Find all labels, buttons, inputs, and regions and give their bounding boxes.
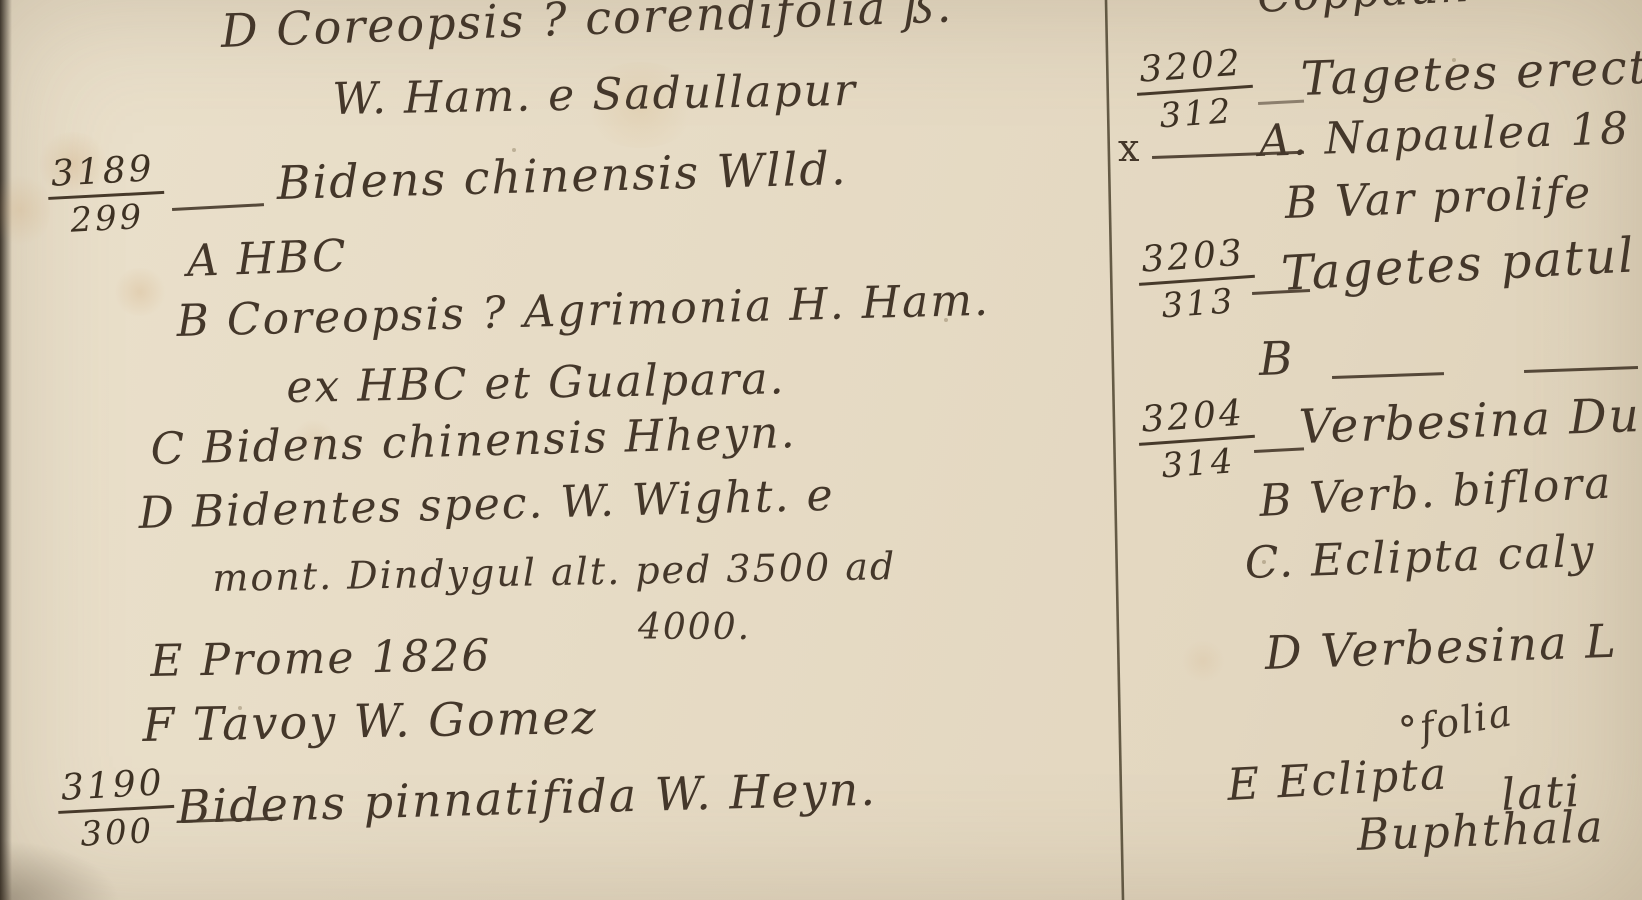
entry-number-bottom: 313 bbox=[1139, 278, 1257, 328]
entry-3203-item-b: B bbox=[1258, 333, 1296, 385]
entry-3189-item-d3: 4000. bbox=[638, 608, 751, 648]
entry-3204-name: Verbesina Du bbox=[1298, 390, 1642, 454]
entry-3202-item-b: B Var prolife bbox=[1284, 169, 1593, 228]
entry-3189-item-b2: ex HBC et Gualpara. bbox=[286, 355, 786, 412]
left-header-line2: W. Ham. e Sadullapur bbox=[332, 67, 857, 125]
entry-number-3203: 3203 313 bbox=[1136, 232, 1257, 328]
entry-number-top: 3190 bbox=[56, 762, 174, 814]
entry-number-bottom: 312 bbox=[1137, 88, 1255, 138]
entry-number-top: 3202 bbox=[1134, 42, 1253, 96]
entry-3189-item-f: F Tavoy W. Gomez bbox=[142, 692, 598, 751]
entry-3202-marker: x bbox=[1118, 128, 1141, 170]
entry-number-3202: 3202 312 bbox=[1134, 42, 1255, 138]
entry-3204-item-f: Buphthala bbox=[1356, 803, 1605, 860]
entry-3204-item-d: D Verbesina L bbox=[1264, 616, 1618, 679]
manuscript-page: D Coreopsis ? corendifolia ß. W. Ham. e … bbox=[0, 0, 1642, 900]
entry-3189-item-a: A HBC bbox=[186, 232, 349, 286]
entry-number-3189: 3189 299 bbox=[46, 148, 166, 242]
entry-number-top: 3203 bbox=[1136, 232, 1255, 286]
entry-number-top: 3189 bbox=[46, 148, 164, 200]
entry-number-bottom: 314 bbox=[1139, 438, 1257, 488]
entry-3202-name: Tagetes erect bbox=[1300, 42, 1642, 106]
entry-3189-item-e: E Prome 1826 bbox=[150, 632, 492, 686]
entry-number-bottom: 299 bbox=[48, 194, 166, 242]
entry-number-3190: 3190 300 bbox=[56, 762, 176, 856]
entry-number-3204: 3204 314 bbox=[1136, 392, 1257, 488]
entry-number-top: 3204 bbox=[1136, 392, 1255, 446]
entry-number-bottom: 300 bbox=[58, 808, 176, 856]
